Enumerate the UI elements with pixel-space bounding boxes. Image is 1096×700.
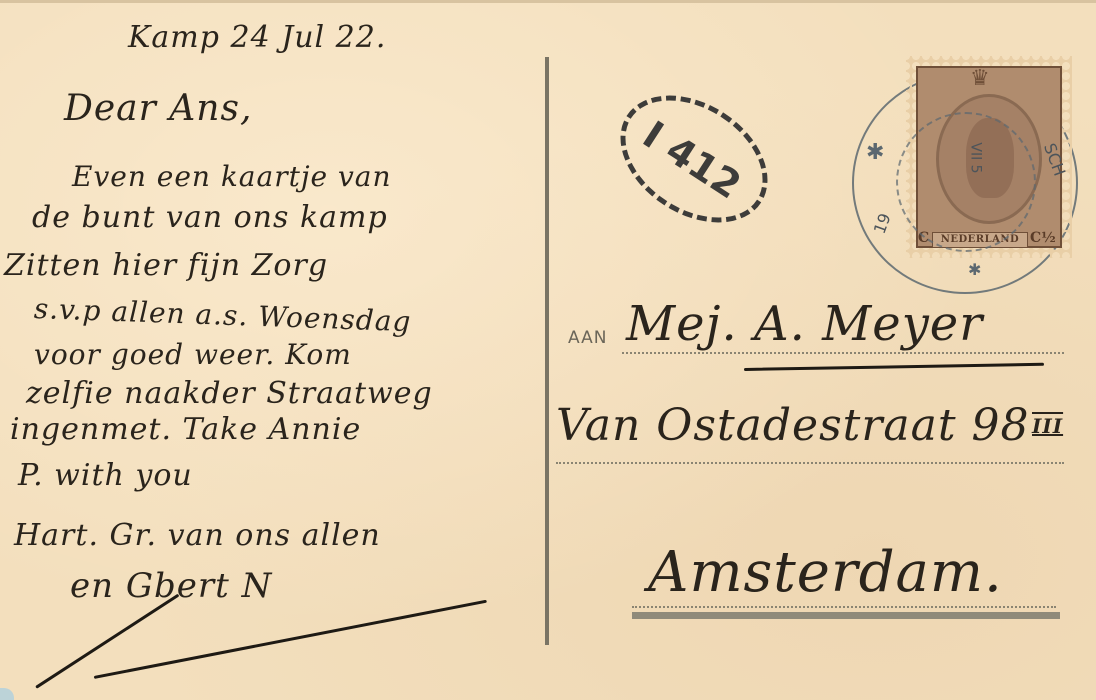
recipient-name: Mej. A. Meyer bbox=[626, 296, 983, 352]
address-line-1 bbox=[622, 352, 1064, 354]
postcard: Kamp 24 Jul 22. Dear Ans, Even een kaart… bbox=[0, 0, 1096, 700]
floor-number: III bbox=[1032, 414, 1063, 438]
message-line: ingenmet. Take Annie bbox=[10, 412, 361, 447]
message-line: voor goed weer. Kom bbox=[34, 338, 352, 371]
city: Amsterdam. bbox=[648, 540, 1003, 605]
postmark-star-icon: ✱ bbox=[968, 260, 981, 279]
message-line: s.v.p allen a.s. Woensdag bbox=[33, 292, 412, 338]
street-address: Van Ostadestraat 98 bbox=[556, 400, 1029, 451]
paper-top-edge bbox=[0, 0, 1096, 3]
postmark-date: VII 5 bbox=[968, 142, 984, 173]
message-line: P. with you bbox=[18, 458, 193, 493]
address-line-3 bbox=[632, 606, 1056, 608]
postmark-inner-ring bbox=[896, 112, 1036, 252]
message-line: zelfie naakder Straatweg bbox=[26, 376, 433, 411]
message-line: Zitten hier fijn Zorg bbox=[4, 248, 328, 283]
stamp-value-right: C½ bbox=[1030, 230, 1056, 246]
dateline: Kamp 24 Jul 22. bbox=[128, 20, 386, 55]
center-divider bbox=[545, 57, 549, 645]
postmark-star-icon: ✱ bbox=[866, 140, 884, 165]
crown-icon: ♛ bbox=[970, 66, 990, 91]
message-line: de bunt van ons kamp bbox=[32, 200, 388, 235]
scan-corner bbox=[0, 688, 14, 700]
address-baseline-bar bbox=[632, 612, 1060, 619]
address-line-2 bbox=[556, 462, 1064, 464]
message-line: Even een kaartje van bbox=[72, 160, 392, 193]
address-printed-label: AAN bbox=[568, 328, 607, 348]
message-line: Hart. Gr. van ons allen bbox=[14, 518, 381, 553]
recipient-underline bbox=[744, 363, 1044, 371]
salutation: Dear Ans, bbox=[64, 88, 252, 129]
